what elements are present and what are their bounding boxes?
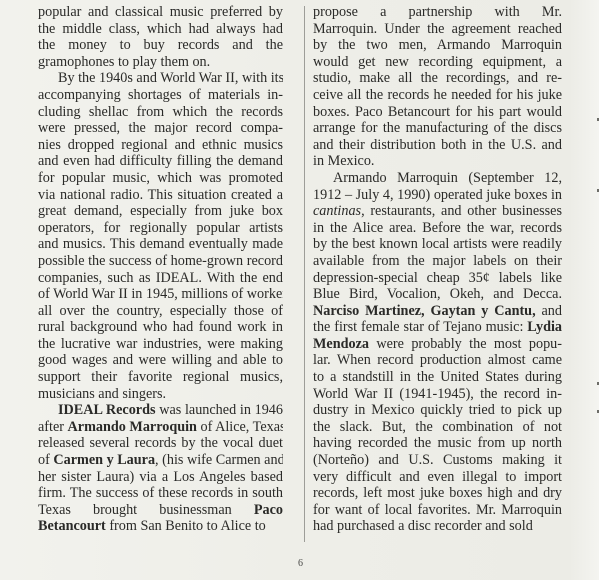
text: and <box>536 303 562 319</box>
text: the first female star of Tejano music: <box>313 319 527 335</box>
text-line: by the best known local artists were rea… <box>313 236 562 253</box>
paragraph: IDEAL Records was launched in 1946after … <box>38 402 283 535</box>
text-line: the lucrative war industries, were makin… <box>38 336 283 353</box>
text: were pressed, the major record compa- <box>38 120 283 136</box>
text-line: lar. When record production almost came <box>313 352 562 369</box>
text-line: popular and classical music preferred by <box>38 4 283 21</box>
text-line: Blue Bird, Vocalion, Okeh, and Decca. <box>313 286 562 303</box>
bold-text: Armando Marroquin <box>68 419 197 435</box>
text-line: firm. The success of these records in so… <box>38 485 283 502</box>
text: good wages and were willing and able to <box>38 352 283 368</box>
text: by the best known local artists were rea… <box>313 236 562 252</box>
text: operators, for regionally popular artist… <box>38 220 283 236</box>
text-line: Marroquin. Under the agreement reached <box>313 21 562 38</box>
text: Texas brought businessman <box>38 502 254 518</box>
text-line: for want of local favorites. Mr. Marroqu… <box>313 502 562 519</box>
page-number: 6 <box>298 558 303 569</box>
text-line: depression-special cheap 35¢ labels like <box>313 270 562 287</box>
text: companies, such as IDEAL. With the end <box>38 270 283 286</box>
text-line: rural background who had found work in <box>38 319 283 336</box>
text: World War II (1941-1945), the record in- <box>313 386 562 402</box>
paragraph: By the 1940s and World War II, with itsa… <box>38 70 283 402</box>
text-line: for popular music, which was promoted <box>38 170 283 187</box>
text: (Norteño) and U.S. Customs making it <box>313 452 562 468</box>
bold-text: Lydia <box>527 319 562 335</box>
text: were probably the most popu- <box>369 336 562 352</box>
bold-text: Carmen y Laura <box>53 452 155 468</box>
italic-text: cantinas <box>313 203 361 219</box>
text-line: great demand, especially from juke box <box>38 203 283 220</box>
text: having recorded the music from up north <box>313 435 562 451</box>
text-line: nies dropped regional and ethnic musics <box>38 137 283 154</box>
text: cluding shellac from which the records <box>38 104 283 120</box>
text-line: and their distribution both in the U.S. … <box>313 137 562 154</box>
text-line: in the Alice area. Before the war, recor… <box>313 220 562 237</box>
left-text-column: popular and classical music preferred by… <box>38 4 283 535</box>
text: her sister Laura) via a Los Angeles base… <box>38 469 283 485</box>
text-line: By the 1940s and World War II, with its <box>38 70 283 87</box>
text: Marroquin. Under the agreement reached <box>313 21 562 37</box>
text: available from the major labels on their <box>313 253 562 269</box>
text-line: the slack. But, the combination of not <box>313 419 562 436</box>
text: propose a partnership with Mr. <box>313 4 562 20</box>
text: the slack. But, the combination of not <box>313 419 562 435</box>
text: and their distribution both in the U.S. … <box>313 137 562 153</box>
text-line: boxes. Paco Betancourt for his part woul… <box>313 104 562 121</box>
text: , (his wife Carmen and <box>155 452 283 468</box>
text-line: operators, for regionally popular artist… <box>38 220 283 237</box>
text: , restaurants, and other businesses <box>361 203 562 219</box>
text: released several records by the vocal du… <box>38 435 283 451</box>
text-line: the money to buy records and the <box>38 37 283 54</box>
text-line: in Mexico. <box>313 153 562 170</box>
text: in Mexico. <box>313 153 374 169</box>
text: 1912 – July 4, 1990) operated juke boxes… <box>313 187 562 203</box>
text-line: companies, such as IDEAL. With the end <box>38 270 283 287</box>
text: nies dropped regional and ethnic musics <box>38 137 283 153</box>
text: studio, make all the recordings, and re- <box>313 70 562 86</box>
text-line: good wages and were willing and able to <box>38 352 283 369</box>
text: Armando Marroquin (September 12, <box>333 170 562 186</box>
text-line: available from the major labels on their <box>313 253 562 270</box>
text-line: IDEAL Records was launched in 1946 <box>38 402 283 419</box>
text-line: cantinas, restaurants, and other busines… <box>313 203 562 220</box>
paragraph: Armando Marroquin (September 12,1912 – J… <box>313 170 562 535</box>
text: support their favorite regional musics, <box>38 369 283 385</box>
text-line: 1912 – July 4, 1990) operated juke boxes… <box>313 187 562 204</box>
right-text-column: propose a partnership with Mr.Marroquin.… <box>313 4 562 535</box>
text-line: would get new recording equipment, a <box>313 54 562 71</box>
text-line: had purchased a disc recorder and sold <box>313 518 562 535</box>
text-line: World War II (1941-1945), the record in- <box>313 386 562 403</box>
bold-text: Paco <box>254 502 283 518</box>
text-line: the middle class, which had always had <box>38 21 283 38</box>
text: By the 1940s and World War II, with its <box>58 70 283 86</box>
text: all over the country, especially those o… <box>38 303 283 319</box>
document-page: popular and classical music preferred by… <box>0 0 599 580</box>
text: and musics. This demand eventually made <box>38 236 283 252</box>
bold-text: Mendoza <box>313 336 369 352</box>
text-line: all over the country, especially those o… <box>38 303 283 320</box>
text: in the Alice area. Before the war, recor… <box>313 220 562 236</box>
text-line: the first female star of Tejano music: L… <box>313 319 562 336</box>
text-line: Mendoza were probably the most popu- <box>313 336 562 353</box>
text: possible the success of home-grown recor… <box>38 253 283 269</box>
text-line: and musics. This demand eventually made <box>38 236 283 253</box>
text: after <box>38 419 68 435</box>
text-line: studio, make all the recordings, and re- <box>313 70 562 87</box>
text: from San Benito to Alice to <box>106 518 266 534</box>
text-line: arrange for the manufacturing of the dis… <box>313 120 562 137</box>
text-line: musicians and singers. <box>38 386 283 403</box>
text-line: records, left most juke boxes high and d… <box>313 485 562 502</box>
text: had purchased a disc recorder and sold <box>313 518 533 534</box>
text-line: accompanying shortages of materials in- <box>38 87 283 104</box>
text: accompanying shortages of materials in- <box>38 87 283 103</box>
text: very difficult and even illegal to impor… <box>313 469 562 485</box>
text: great demand, especially from juke box <box>38 203 283 219</box>
text: boxes. Paco Betancourt for his part woul… <box>313 104 562 120</box>
column-divider <box>304 6 305 542</box>
text: would get new recording equipment, a <box>313 54 562 70</box>
text: ceive all the records he needed for his … <box>313 87 562 103</box>
text: Blue Bird, Vocalion, Okeh, and Decca. <box>313 286 562 302</box>
text: and even had difficulty filling the dema… <box>38 153 283 169</box>
text: depression-special cheap 35¢ labels like <box>313 270 562 286</box>
text-line: Narciso Martinez, Gaytan y Cantu, and <box>313 303 562 320</box>
text-line: Betancourt from San Benito to Alice to <box>38 518 283 535</box>
text: records, left most juke boxes high and d… <box>313 485 562 501</box>
bold-text: Betancourt <box>38 518 106 534</box>
text-line: of Carmen y Laura, (his wife Carmen and <box>38 452 283 469</box>
text-line: support their favorite regional musics, <box>38 369 283 386</box>
text-line: released several records by the vocal du… <box>38 435 283 452</box>
text-line: (Norteño) and U.S. Customs making it <box>313 452 562 469</box>
bold-text: Narciso Martinez, Gaytan y Cantu, <box>313 303 536 319</box>
text-line: cluding shellac from which the records <box>38 104 283 121</box>
text-line: via national radio. This situation creat… <box>38 187 283 204</box>
text: of Alice, Texas <box>197 419 283 435</box>
text-line: were pressed, the major record compa- <box>38 120 283 137</box>
text-line: to a standstill in the United States dur… <box>313 369 562 386</box>
text-line: Texas brought businessman Paco <box>38 502 283 519</box>
text: musicians and singers. <box>38 386 166 402</box>
text-line: and even had difficulty filling the dema… <box>38 153 283 170</box>
text: by the two men, Armando Marroquin <box>313 37 562 53</box>
text-line: having recorded the music from up north <box>313 435 562 452</box>
text: for popular music, which was promoted <box>38 170 283 186</box>
text: popular and classical music preferred by <box>38 4 283 20</box>
text: the money to buy records and the <box>38 37 283 53</box>
text-line: her sister Laura) via a Los Angeles base… <box>38 469 283 486</box>
text-line: ceive all the records he needed for his … <box>313 87 562 104</box>
bold-text: IDEAL Records <box>58 402 156 418</box>
text: firm. The success of these records in so… <box>38 485 283 501</box>
text: dustry in Mexico quickly tried to pick u… <box>313 402 562 418</box>
text-line: propose a partnership with Mr. <box>313 4 562 21</box>
text: to a standstill in the United States dur… <box>313 369 562 385</box>
text: the middle class, which had always had <box>38 21 283 37</box>
text: rural background who had found work in <box>38 319 283 335</box>
paragraph: popular and classical music preferred by… <box>38 4 283 70</box>
text: was launched in 1946 <box>156 402 283 418</box>
paragraph: propose a partnership with Mr.Marroquin.… <box>313 4 562 170</box>
text-line: by the two men, Armando Marroquin <box>313 37 562 54</box>
text-line: dustry in Mexico quickly tried to pick u… <box>313 402 562 419</box>
text: the lucrative war industries, were makin… <box>38 336 283 352</box>
text: for want of local favorites. Mr. Marroqu… <box>313 502 562 518</box>
text: lar. When record production almost came <box>313 352 562 368</box>
text: arrange for the manufacturing of the dis… <box>313 120 562 136</box>
text: via national radio. This situation creat… <box>38 187 283 203</box>
text-line: Armando Marroquin (September 12, <box>313 170 562 187</box>
text: gramophones to play them on. <box>38 54 210 70</box>
text: of World War II in 1945, millions of wor… <box>38 286 283 302</box>
text-line: of World War II in 1945, millions of wor… <box>38 286 283 303</box>
text-line: possible the success of home-grown recor… <box>38 253 283 270</box>
text-line: very difficult and even illegal to impor… <box>313 469 562 486</box>
text: of <box>38 452 53 468</box>
text-line: gramophones to play them on. <box>38 54 283 71</box>
text-line: after Armando Marroquin of Alice, Texas <box>38 419 283 436</box>
